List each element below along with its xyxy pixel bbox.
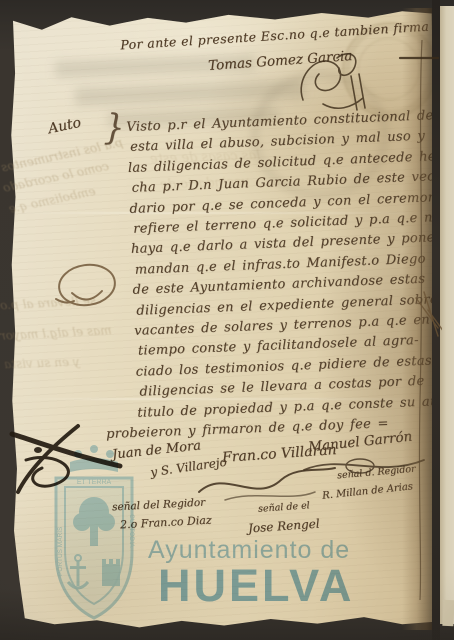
shield-tower-icon [102,559,120,586]
opening-brace: } [103,106,125,148]
watermark-motto-right: CUSTODIA [128,514,135,548]
watermark-motto-top: ET TERRA [77,479,112,486]
scanned-manuscript: p.a los instrumentos como lo acordado em… [0,0,454,640]
huelva-coat-of-arms: ET TERRA PORTUS MARIS CUSTODIA [40,442,148,630]
ink-bleed-line: y en su vista [4,355,80,372]
watermark-motto-left: PORTUS MARIS [57,526,64,576]
margin-ink-circle [52,255,122,317]
watermark-wordmark: HUELVA [158,560,354,612]
notary-rubric-flourish [293,48,373,118]
adjacent-page [440,6,454,624]
binding-stitches [398,40,442,600]
adjacent-page-corner [442,600,454,627]
